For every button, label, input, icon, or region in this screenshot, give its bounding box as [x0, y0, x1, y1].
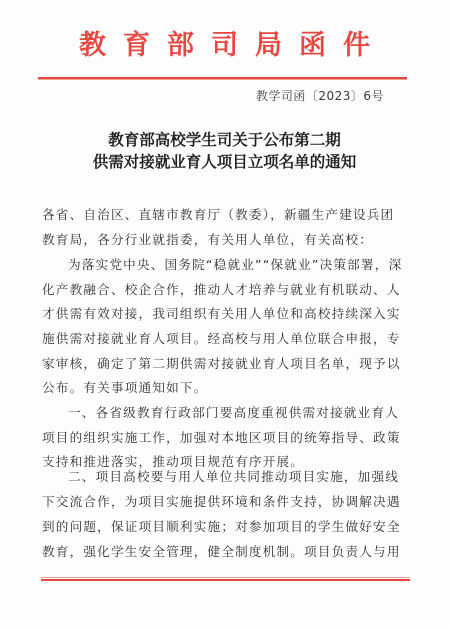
- body-paragraph-1-line-1: 为落实党中央、国务院“稳就业”“保就业”决策部署，深: [68, 254, 402, 273]
- notice-title-line-1: 教育部高校学生司关于公布第二期: [0, 129, 449, 151]
- salutation-line-1: 各省、自治区、直辖市教育厅（教委），新疆生产建设兵团: [42, 204, 394, 223]
- notice-title-line-2: 供需对接就业育人项目立项名单的通知: [0, 151, 449, 173]
- document-number: 教学司函〔2023〕6号: [256, 87, 384, 104]
- red-rule-thick: [41, 579, 410, 581]
- item-1-line-2: 项目的组织实施工作，加强对本地区项目的统筹指导、政策: [42, 427, 401, 446]
- red-rule-thin: [38, 79, 407, 80]
- footer-red-rule: [41, 577, 410, 582]
- item-2-line-1: 二、项目高校要与用人单位共同推动项目实施，加强线: [68, 466, 399, 485]
- item-2-line-3: 到的问题，保证项目顺利实施；对参加项目的学生做好安全: [42, 516, 401, 535]
- red-rule-thin: [41, 577, 410, 578]
- item-2-line-2: 下交流合作，为项目实施提供环境和条件支持，协调解决遇: [42, 491, 401, 510]
- document-page: 教育部司局函件 教学司函〔2023〕6号 教育部高校学生司关于公布第二期 供需对…: [0, 0, 449, 630]
- letterhead-title: 教育部司局函件: [0, 28, 449, 64]
- salutation-line-2: 教育局，各分行业就指委，有关用人单位，有关高校：: [42, 229, 373, 248]
- body-paragraph-1-line-6: 公布。有关事项通知如下。: [42, 377, 208, 396]
- body-paragraph-1-line-4: 施供需对接就业育人项目。经高校与用人单位联合申报，专: [42, 328, 401, 347]
- item-2-line-4: 教育，强化学生安全管理，健全制度机制。项目负责人与用: [42, 541, 401, 560]
- body-paragraph-1-line-2: 化产教融合、校企合作，推动人才培养与就业有机联动、人: [42, 279, 401, 298]
- letterhead-red-rule: [38, 75, 407, 80]
- item-1-line-1: 一、各省级教育行政部门要高度重视供需对接就业育人: [68, 402, 399, 421]
- body-paragraph-1-line-5: 家审核，确定了第二期供需对接就业育人项目名单，现予以: [42, 353, 401, 372]
- body-paragraph-1-line-3: 才供需有效对接，我司组织有关用人单位和高校持续深入实: [42, 303, 401, 322]
